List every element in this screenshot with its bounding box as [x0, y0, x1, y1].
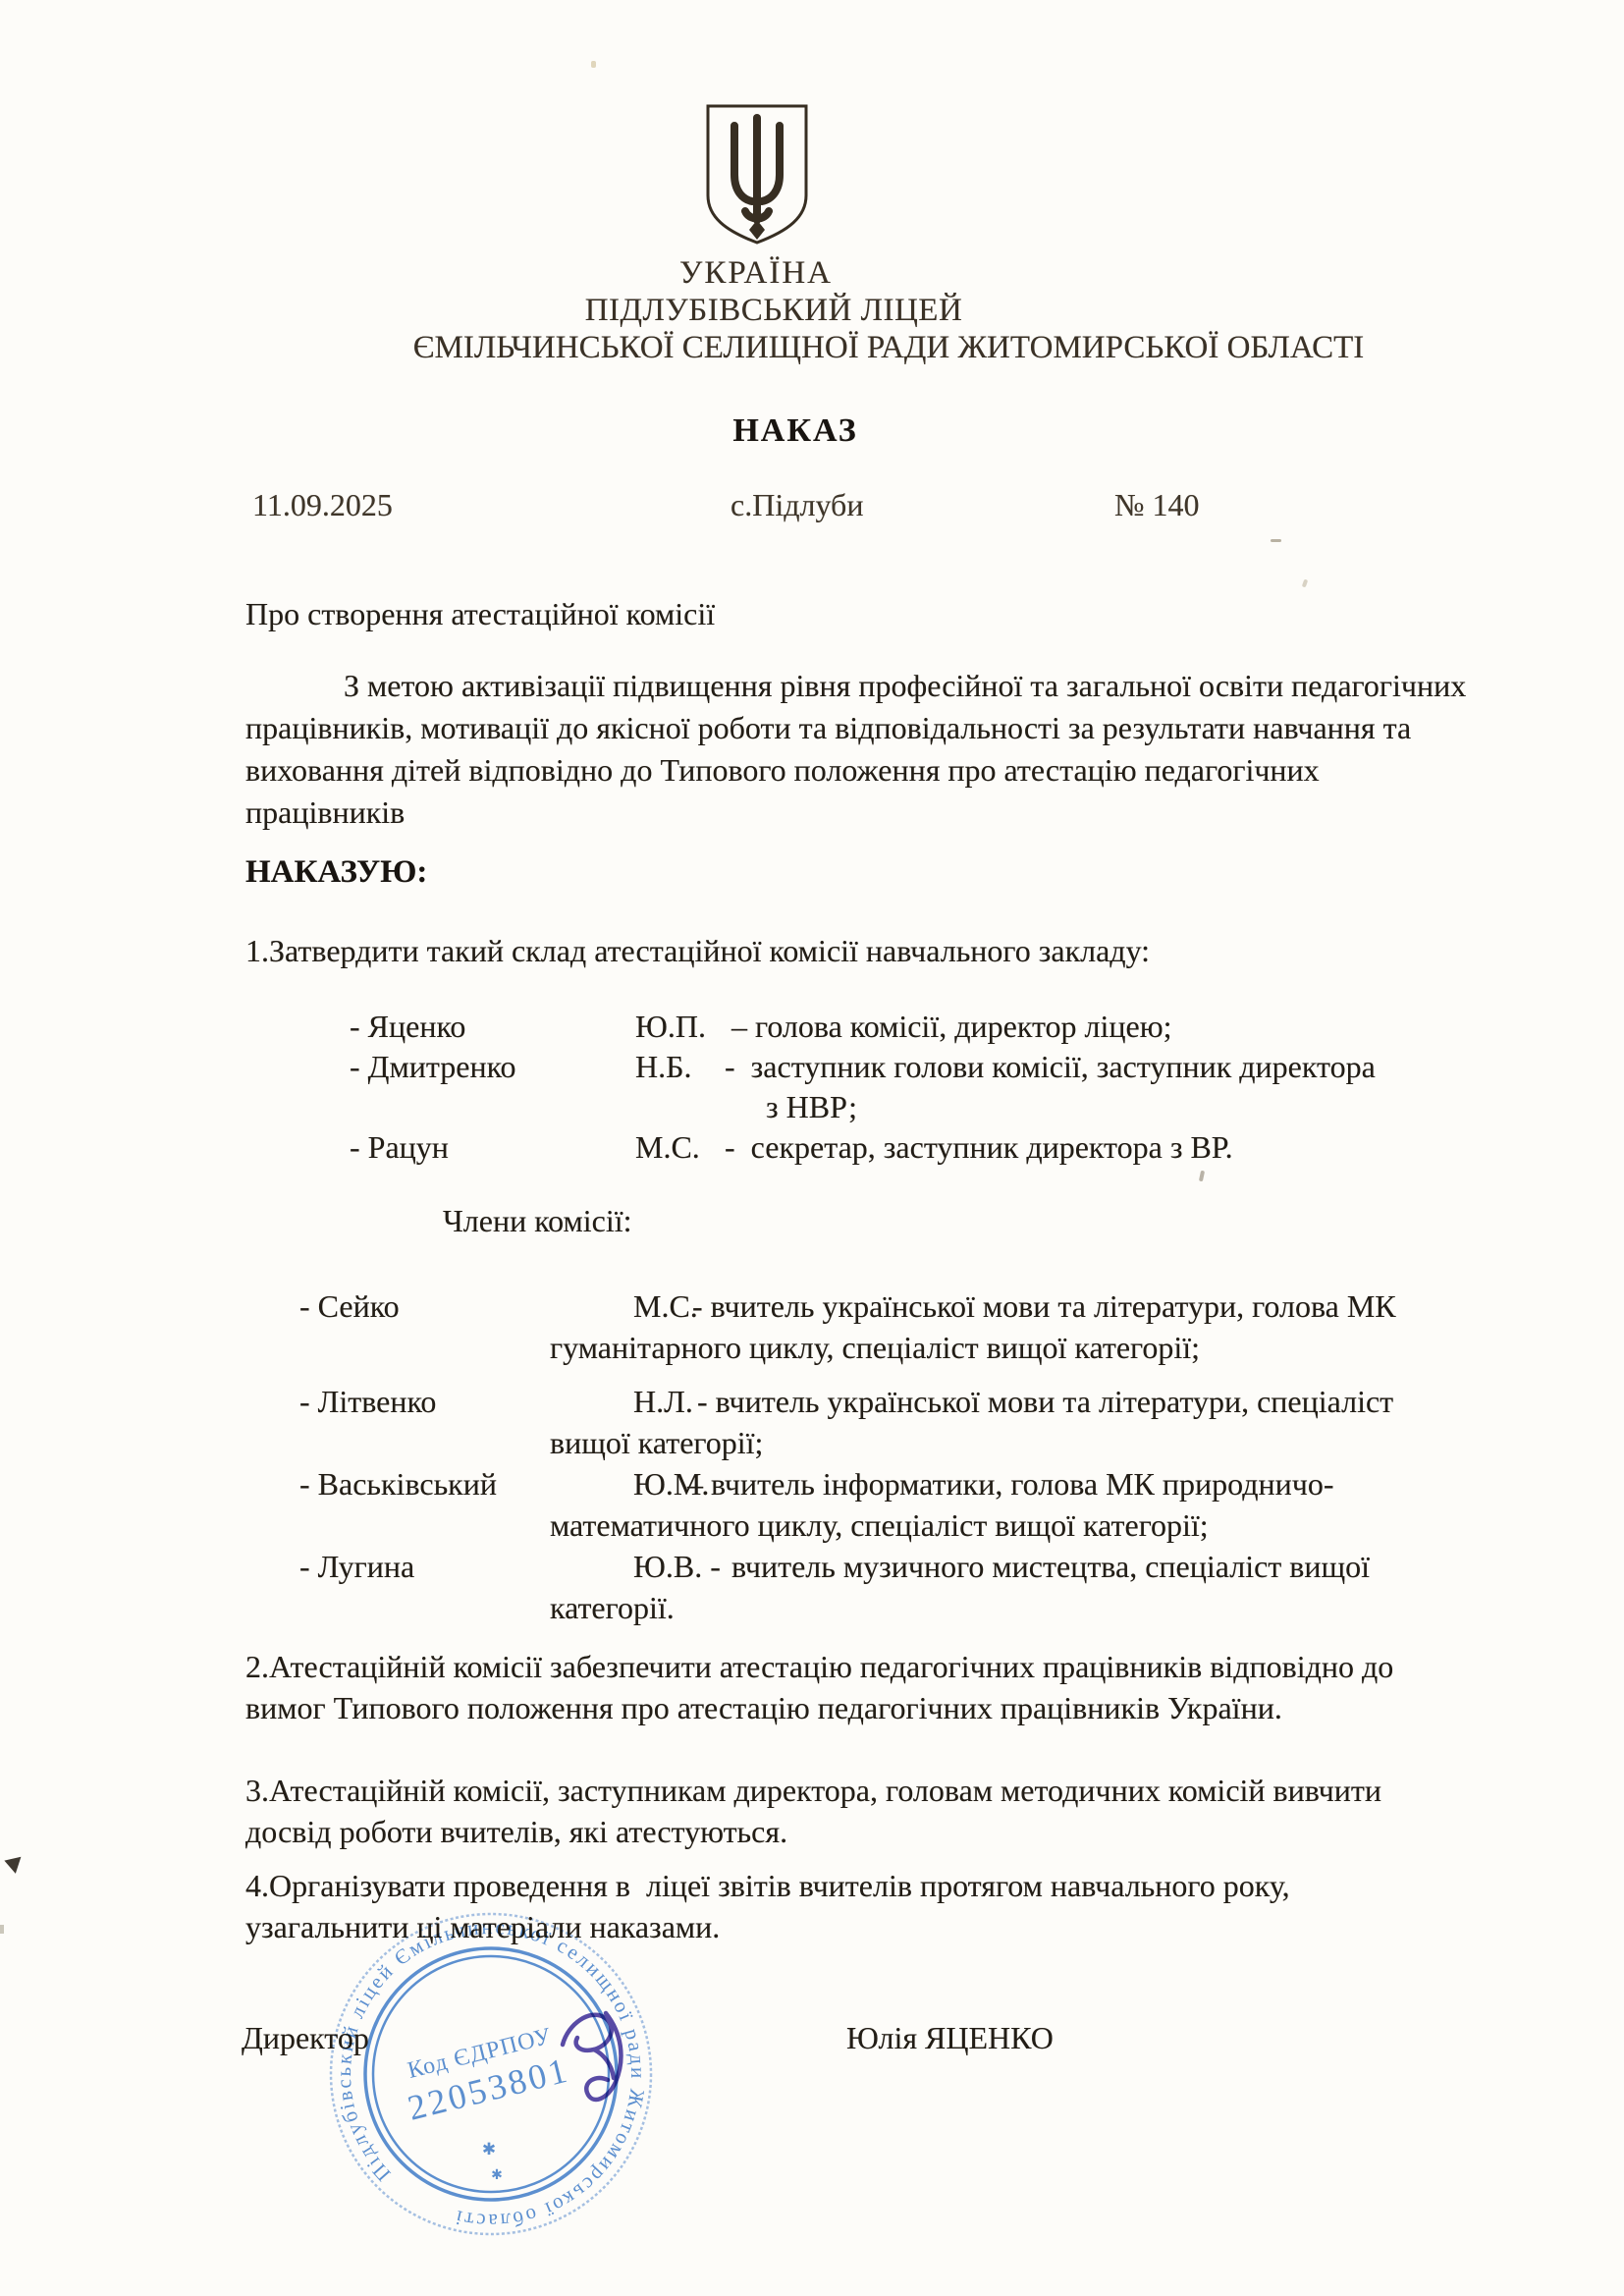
- commission-row-name: - Рацун: [350, 1127, 449, 1167]
- member-row-role: вчитель музичного мистецтва, спеціаліст …: [731, 1547, 1370, 1586]
- member-row-role: - вчитель української мови та літератури…: [692, 1286, 1396, 1326]
- signoff-name: Юлія ЯЦЕНКО: [846, 2018, 1054, 2057]
- intro-line-3: виховання дітей відповідно до Типового п…: [245, 750, 1320, 790]
- commission-row-role-cont: з НВР;: [766, 1087, 857, 1126]
- scan-speck: [591, 61, 596, 68]
- member-row-initials: М.С.: [633, 1286, 698, 1326]
- intro-line-2: працівників, мотивації до якісної роботи…: [245, 708, 1411, 747]
- member-row-name: - Васьківський: [299, 1464, 497, 1503]
- country-name: УКРАЇНА: [679, 253, 833, 293]
- member-row-role-cont: категорії.: [550, 1588, 675, 1627]
- order-item-3-line-2: досвід роботи вчителів, які атестуються.: [245, 1812, 787, 1851]
- intro-line-1: З метою активізації підвищення рівня про…: [344, 666, 1466, 705]
- intro-line-4: працівників: [245, 793, 405, 832]
- svg-text:✱: ✱: [482, 2140, 496, 2159]
- member-row-name: - Сейко: [299, 1286, 400, 1326]
- member-row-role-cont: гуманітарного циклу, спеціаліст вищої ка…: [550, 1328, 1200, 1367]
- commission-row-role: - заступник голови комісії, заступник ди…: [725, 1047, 1376, 1086]
- commission-row-role: – голова комісії, директор ліцею;: [731, 1007, 1171, 1046]
- commission-row-initials: Ю.П.: [635, 1007, 706, 1046]
- order-item-2-line-1: 2.Атестаційній комісії забезпечити атест…: [245, 1647, 1393, 1686]
- council-name: ЄМІЛЬЧИНСЬКОЇ СЕЛИЩНОЇ РАДИ ЖИТОМИРСЬКОЇ…: [413, 328, 1365, 367]
- coat-of-arms-trident-icon: [701, 102, 813, 247]
- order-item-1: 1.Затвердити такий склад атестаційної ко…: [245, 931, 1150, 970]
- school-name: ПІДЛУБІВСЬКИЙ ЛІЦЕЙ: [585, 291, 963, 330]
- member-row-role: - вчитель української мови та літератури…: [697, 1382, 1393, 1421]
- commission-row-name: - Дмитренко: [350, 1047, 515, 1086]
- document-place: с.Підлуби: [731, 485, 863, 524]
- member-row-name: - Літвенко: [299, 1382, 436, 1421]
- member-row-name: - Лугина: [299, 1547, 414, 1586]
- scan-speck: [1302, 579, 1308, 588]
- subject-line: Про створення атестаційної комісії: [245, 594, 715, 633]
- commission-row-role: - секретар, заступник директора з ВР.: [725, 1127, 1233, 1167]
- director-signature: [535, 1994, 673, 2121]
- commission-row-name: - Яценко: [350, 1007, 465, 1046]
- member-row-role-cont: вищої категорії;: [550, 1423, 763, 1462]
- member-row-initials: Ю.В. -: [633, 1547, 721, 1586]
- member-row-role-cont: математичного циклу, спеціаліст вищої ка…: [550, 1505, 1209, 1545]
- members-heading: Члени комісії:: [443, 1201, 632, 1240]
- scan-speck: [1199, 1171, 1205, 1182]
- stamp-star-marks: ✱ ✱: [482, 2140, 503, 2183]
- order-item-3-line-1: 3.Атестаційній комісії, заступникам дире…: [245, 1771, 1381, 1810]
- member-row-role: – вчитель інформатики, голова МК природн…: [687, 1464, 1333, 1503]
- commission-row-initials: М.С.: [635, 1127, 700, 1167]
- document-type-title: НАКАЗ: [732, 411, 857, 451]
- member-row-initials: Н.Л.: [633, 1382, 693, 1421]
- commission-row-initials: Н.Б.: [635, 1047, 691, 1086]
- svg-text:✱: ✱: [491, 2168, 503, 2183]
- scan-speck: [1271, 539, 1281, 542]
- order-item-4-line-1: 4.Організувати проведення в ліцеї звітів…: [245, 1866, 1290, 1905]
- scan-speck: [0, 1925, 4, 1934]
- document-date: 11.09.2025: [252, 485, 393, 524]
- document-page: УКРАЇНА ПІДЛУБІВСЬКИЙ ЛІЦЕЙ ЄМІЛЬЧИНСЬКО…: [0, 0, 1624, 2296]
- order-item-2-line-2: вимог Типового положення про атестацію п…: [245, 1688, 1282, 1727]
- document-number: № 140: [1114, 485, 1200, 524]
- scan-speck: [2, 1852, 22, 1874]
- decree-word: НАКАЗУЮ:: [245, 852, 427, 892]
